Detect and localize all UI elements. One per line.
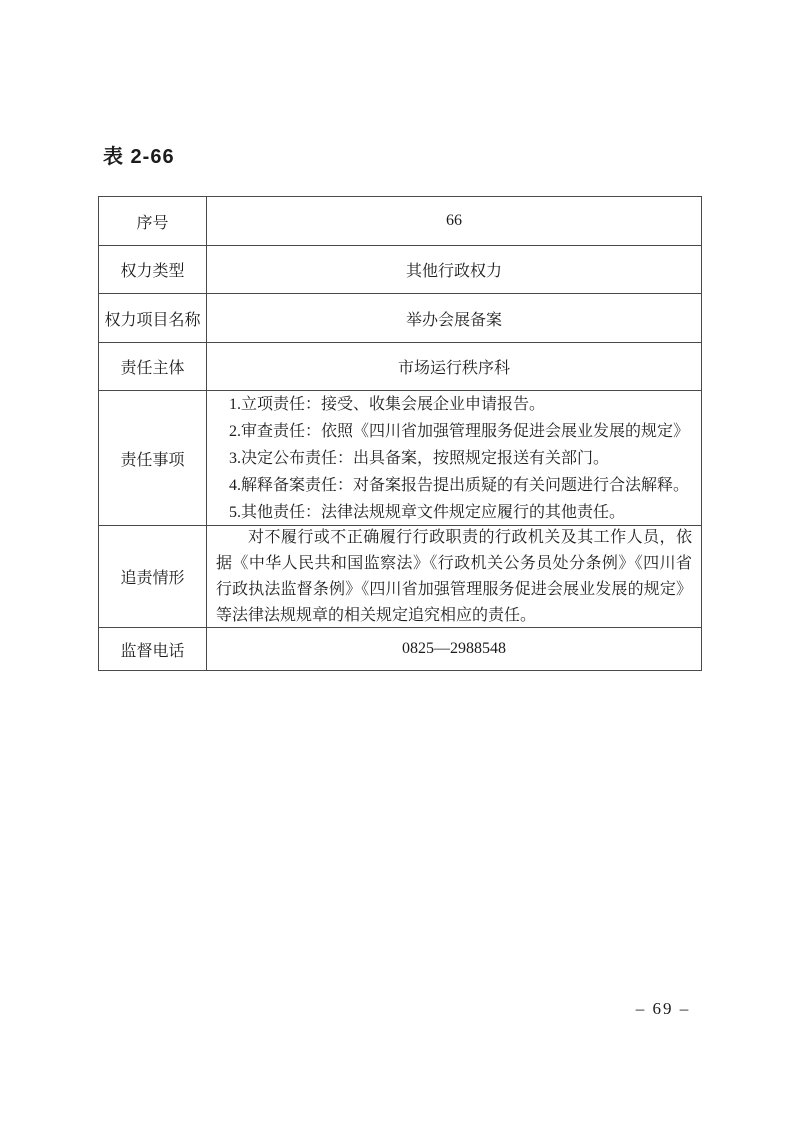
row-value: 市场运行秩序科 bbox=[207, 343, 701, 390]
table-row-power-item-name: 权力项目名称 举办会展备案 bbox=[99, 293, 701, 342]
row-label: 追责情形 bbox=[99, 526, 207, 627]
list-item: 4.解释备案责任：对备案报告提出质疑的有关问题进行合法解释。 bbox=[229, 472, 689, 499]
table-caption: 表 2-66 bbox=[103, 140, 175, 169]
row-value: 0825—2988548 bbox=[207, 628, 701, 670]
row-label: 序号 bbox=[99, 197, 207, 245]
page-number: – 69 – bbox=[618, 999, 708, 1019]
row-value: 66 bbox=[207, 197, 701, 245]
table-row-responsibility-items: 责任事项 1.立项责任：接受、收集会展企业申请报告。 2.审查责任：依照《四川省… bbox=[99, 390, 701, 525]
power-item-table: 序号 66 权力类型 其他行政权力 权力项目名称 举办会展备案 责任主体 市场运… bbox=[98, 196, 702, 671]
table-row-serial-number: 序号 66 bbox=[99, 197, 701, 245]
paragraph-text: 对不履行或不正确履行行政职责的行政机关及其工作人员，依据《中华人民共和国监察法》… bbox=[216, 525, 692, 629]
row-label: 责任主体 bbox=[99, 343, 207, 390]
table-row-responsible-body: 责任主体 市场运行秩序科 bbox=[99, 342, 701, 390]
row-value: 其他行政权力 bbox=[207, 246, 701, 293]
row-label: 监督电话 bbox=[99, 628, 207, 670]
row-label: 权力项目名称 bbox=[99, 294, 207, 342]
row-label: 权力类型 bbox=[99, 246, 207, 293]
table-row-power-type: 权力类型 其他行政权力 bbox=[99, 245, 701, 293]
list-item: 1.立项责任：接受、收集会展企业申请报告。 bbox=[229, 391, 545, 418]
document-page: { "page": { "title": "表 2-66", "page_num… bbox=[0, 0, 793, 1122]
table-row-accountability-circumstances: 追责情形 对不履行或不正确履行行政职责的行政机关及其工作人员，依据《中华人民共和… bbox=[99, 525, 701, 627]
row-value-paragraph: 对不履行或不正确履行行政职责的行政机关及其工作人员，依据《中华人民共和国监察法》… bbox=[207, 526, 701, 627]
row-value-list: 1.立项责任：接受、收集会展企业申请报告。 2.审查责任：依照《四川省加强管理服… bbox=[207, 391, 701, 525]
table-row-supervision-phone: 监督电话 0825—2988548 bbox=[99, 627, 701, 670]
list-item: 5.其他责任：法律法规规章文件规定应履行的其他责任。 bbox=[229, 499, 625, 526]
row-value: 举办会展备案 bbox=[207, 294, 701, 342]
row-label: 责任事项 bbox=[99, 391, 207, 525]
list-item: 2.审查责任：依照《四川省加强管理服务促进会展业发展的规定》 bbox=[229, 418, 689, 445]
list-item: 3.决定公布责任：出具备案，按照规定报送有关部门。 bbox=[229, 445, 609, 472]
